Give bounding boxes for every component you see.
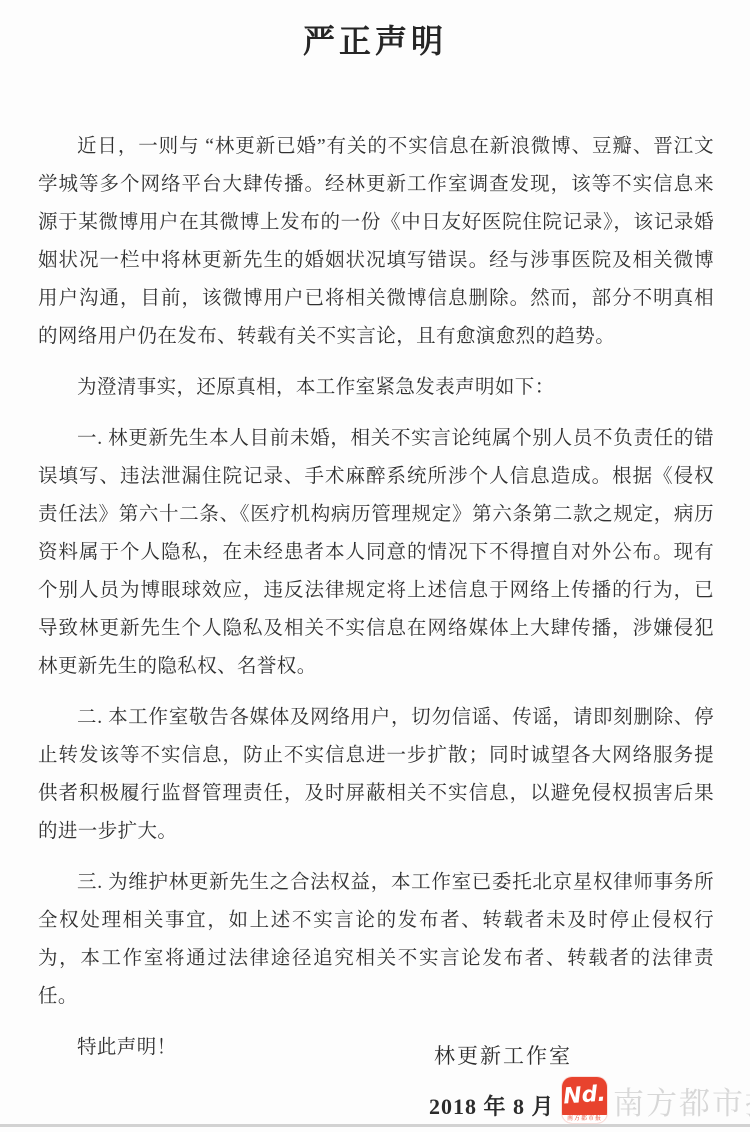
signature-studio-name: 林更新工作室 bbox=[434, 1040, 572, 1070]
statement-title: 严正声明 bbox=[0, 16, 750, 62]
nd-logo-text: Nd. bbox=[562, 1077, 607, 1117]
bottom-divider-line bbox=[0, 1124, 750, 1127]
brand-watermark-text: 南方都市报 bbox=[613, 1078, 750, 1123]
news-watermark: Nd. 南方都市报 南方都市报 bbox=[562, 1077, 750, 1123]
paragraph-declaration-lead: 为澄清事实，还原真相，本工作室紧急发表声明如下： bbox=[38, 369, 714, 407]
paragraph-intro: 近日，一则与 “林更新已婚”有关的不实信息在新浪微博、豆瓣、晋江文学城等多个网络… bbox=[38, 128, 714, 356]
nd-app-logo-icon: Nd. 南方都市报 bbox=[562, 1077, 607, 1123]
paragraph-closing: 特此声明！ bbox=[38, 1029, 714, 1067]
nd-logo-caption: 南方都市报 bbox=[562, 1115, 607, 1123]
statement-document-page: 严正声明 近日，一则与 “林更新已婚”有关的不实信息在新浪微博、豆瓣、晋江文学城… bbox=[0, 0, 750, 1132]
paragraph-point-three: 三. 为维护林更新先生之合法权益，本工作室已委托北京星权律师事务所全权处理相关事… bbox=[38, 864, 714, 1016]
statement-body: 近日，一则与 “林更新已婚”有关的不实信息在新浪微博、豆瓣、晋江文学城等多个网络… bbox=[38, 128, 714, 1080]
paragraph-point-two: 二. 本工作室敬告各媒体及网络用户，切勿信谣、传谣，请即刻删除、停止转发该等不实… bbox=[38, 699, 714, 851]
paragraph-point-one: 一. 林更新先生本人目前未婚，相关不实言论纯属个别人员不负责任的错误填写、违法泄… bbox=[38, 420, 714, 686]
